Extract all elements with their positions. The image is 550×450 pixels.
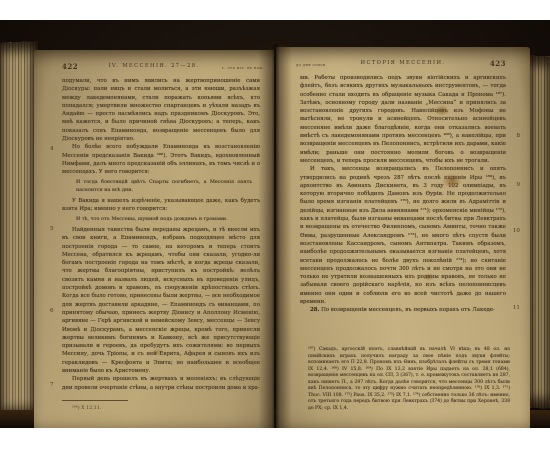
footnote-rule — [62, 400, 128, 401]
paragraph: И такъ, мессенцы возвращались въ Пелопон… — [300, 165, 506, 306]
margin-section-number: 9 — [516, 182, 520, 188]
paragraph: 28. По возвращеніи мессенцевъ, въ первых… — [300, 306, 506, 314]
margin-section-number: 6 — [50, 308, 54, 314]
book-photograph: 422 IV. МЕССЕНІЯ. 27—28. г. отъ изг. въ … — [0, 0, 550, 450]
right-footnotes: ¹⁶⁷) Сакадъ, аргосскій поэтъ, славнѣйшій… — [308, 347, 510, 412]
paragraph: У Вакида я нашелъ изрѣченіе, указывающее… — [62, 197, 260, 214]
left-header-note: г. отъ изг. въ нам. — [222, 65, 264, 70]
top-white-band — [0, 0, 550, 20]
right-page-number: 423 — [490, 59, 506, 68]
margin-section-number: 11 — [513, 305, 520, 311]
left-page-text: подумали, что въ нимъ явились на жертвоп… — [62, 77, 260, 399]
paragraph: подумали, что въ нимъ явились на жертвоп… — [62, 77, 260, 143]
left-footnote: ¹⁶⁶) X 12,11. — [72, 406, 252, 413]
right-page: до дня основ. ИСТОРІЯ МЕССЕНІИ. 423 ми. … — [276, 47, 530, 437]
margin-section-number: 7 — [50, 382, 54, 388]
margin-section-number: 8 — [516, 133, 520, 139]
right-page-text: ми. Работы производились подъ звуки віот… — [300, 74, 506, 346]
left-fore-edge — [0, 41, 38, 418]
paragraph: Найденныя таинства были переданы жрецамъ… — [62, 226, 260, 375]
section-number: 28. — [310, 307, 319, 313]
paragraph: Первый день прошелъ въ жертвахъ и молені… — [62, 375, 260, 392]
paragraph: И тогда блестящій цвѣтъ Спарты погибнетъ… — [76, 179, 252, 194]
margin-section-number: 4 — [50, 146, 54, 152]
margin-section-number: 5 — [50, 226, 54, 232]
margin-section-number: 10 — [513, 228, 520, 234]
left-page: 422 IV. МЕССЕНІЯ. 27—28. г. отъ изг. въ … — [34, 50, 274, 438]
bottom-white-band — [0, 428, 550, 450]
photo-background: 422 IV. МЕССЕНІЯ. 27—28. г. отъ изг. въ … — [0, 20, 550, 428]
paragraph: Но болѣе всего побуждали Епаминонда къ в… — [62, 143, 260, 176]
paragraph: ми. Работы производились подъ звуки віот… — [300, 74, 506, 165]
paragraph: И тѣ, что отъ Мессены, шумной подъ дожде… — [76, 216, 252, 224]
